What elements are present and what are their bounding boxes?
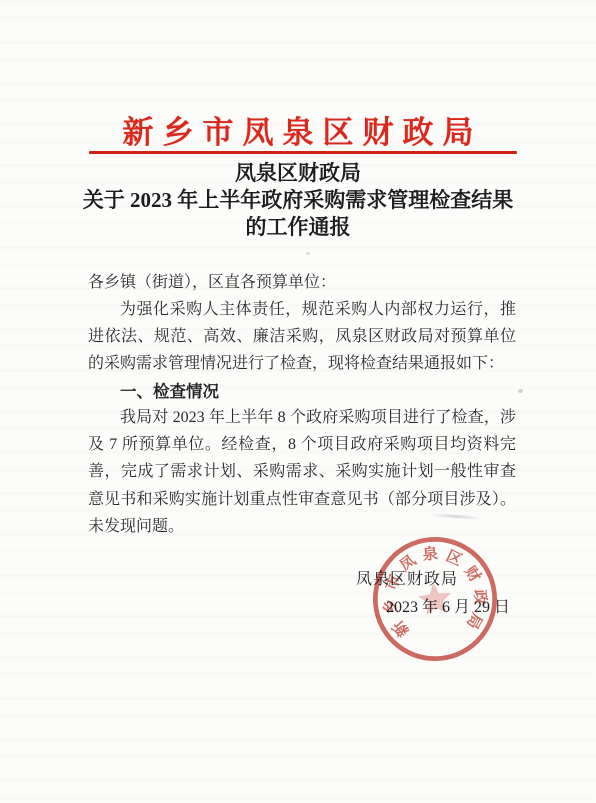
svg-text:财: 财 xyxy=(461,563,485,586)
section-heading-inspection: 一、检查情况 xyxy=(88,378,516,402)
document-title-line1: 凤泉区财政局 xyxy=(40,160,556,187)
svg-text:局: 局 xyxy=(463,610,486,632)
seal-star-icon xyxy=(418,582,452,615)
svg-text:政: 政 xyxy=(471,589,491,606)
paragraph-2: 我局对 2023 年上半年 8 个政府采购项目进行了检查，涉及 7 所预算单位。… xyxy=(88,404,516,540)
scan-mark xyxy=(306,252,310,255)
svg-text:泉: 泉 xyxy=(422,543,440,564)
svg-text:乡: 乡 xyxy=(379,598,400,616)
letterhead-title: 新乡市凤泉区财政局 xyxy=(0,107,596,152)
official-seal: 新乡市凤泉区财政局 xyxy=(356,520,514,678)
svg-text:凤: 凤 xyxy=(396,551,420,575)
svg-text:市: 市 xyxy=(381,571,405,593)
letterhead-rule xyxy=(89,151,517,154)
paragraph-1: 为强化采购人主体责任，规范采购人内部权力运行，推进依法、规范、高效、廉洁采购，凤… xyxy=(88,296,516,378)
salutation: 各乡镇（街道），区直各预算单位： xyxy=(88,269,516,296)
svg-text:区: 区 xyxy=(443,547,465,570)
scan-mark xyxy=(518,389,523,393)
document-title-line3: 的工作通报 xyxy=(40,214,556,241)
document-title-line2: 关于 2023 年上半年政府采购需求管理检查结果 xyxy=(40,187,556,214)
document-title: 凤泉区财政局 关于 2023 年上半年政府采购需求管理检查结果 的工作通报 xyxy=(40,160,556,241)
